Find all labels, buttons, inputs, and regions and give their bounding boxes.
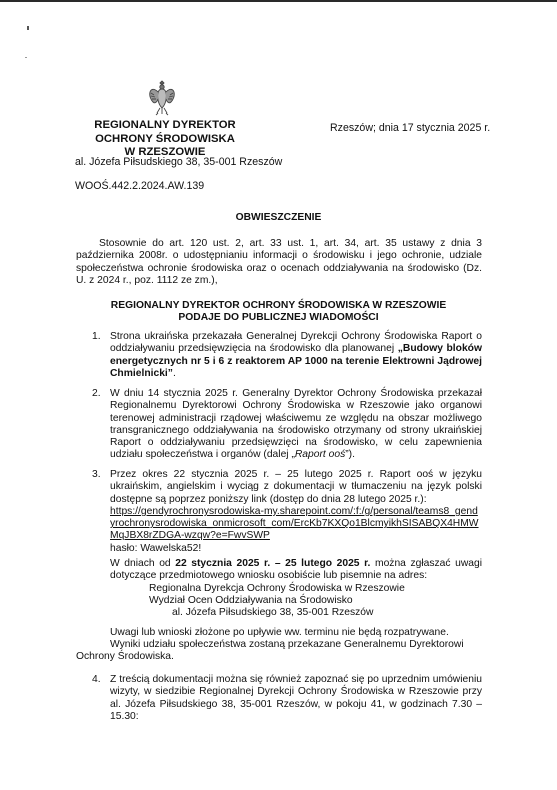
comment-period: 22 stycznia 2025 r. – 25 lutego 2025 r. (175, 558, 370, 569)
authority-address: al. Józefa Piłsudskiego 38, 35-001 Rzesz… (75, 156, 282, 168)
scan-mark (27, 26, 29, 30)
list-item: 1. Strona ukraińska przekazała Generalne… (92, 331, 482, 380)
top-border (0, 0, 557, 2)
intro-paragraph: Stosownie do art. 120 ust. 2, art. 33 us… (76, 238, 482, 287)
item-text: W dniu 14 stycznia 2025 r. Generalny Dyr… (110, 388, 482, 462)
late-notice: Uwagi lub wnioski złożone po upływie ww.… (110, 627, 449, 639)
results-notice: Wyniki udziału społeczeństwa zostaną prz… (76, 639, 482, 664)
mailing-address-line: Regionalna Dyrekcja Ochrony Środowiska w… (149, 583, 405, 595)
item-number: 3. (92, 469, 108, 481)
list-item: 2. W dniu 14 stycznia 2025 r. Generalny … (92, 388, 482, 462)
reference-number: WOOŚ.442.2.2024.AW.139 (75, 180, 204, 192)
mailing-address-line: Wydział Ocen Oddziaływania na Środowisko (149, 595, 353, 607)
item-number: 2. (92, 388, 108, 400)
item-text: Strona ukraińska przekazała Generalnej D… (110, 331, 482, 380)
item-number: 1. (92, 331, 108, 343)
document-date: Rzeszów; dnia 17 stycznia 2025 r. (330, 122, 490, 134)
subheading-line: REGIONALNY DYREKTOR OCHRONY ŚRODOWISKA W… (0, 300, 557, 312)
item-text: Przez okres 22 stycznia 2025 r. – 25 lut… (110, 469, 482, 555)
mailing-address-line: al. Józefa Piłsudskiego 38, 35-001 Rzesz… (172, 607, 373, 619)
document-title: OBWIESZCZENIE (0, 212, 557, 223)
item-number: 4. (92, 674, 108, 686)
list-item: 3. Przez okres 22 stycznia 2025 r. – 25 … (92, 469, 482, 555)
subheading-line: PODAJE DO PUBLICZNEJ WIADOMOŚCI (0, 312, 557, 324)
polish-eagle-emblem-icon (148, 80, 176, 118)
comments-paragraph: W dniach od 22 stycznia 2025 r. – 25 lut… (110, 558, 482, 583)
sharepoint-link[interactable]: https://gendyrochronysrodowiska-my.share… (110, 506, 482, 543)
authority-line: REGIONALNY DYREKTOR (70, 119, 260, 133)
scan-mark (25, 57, 27, 58)
password-text: hasło: Wawelska52! (110, 543, 482, 555)
report-name: Raport ooś (295, 449, 345, 460)
item-text: Z treścią dokumentacji można się również… (110, 674, 482, 723)
authority-header: REGIONALNY DYREKTOR OCHRONY ŚRODOWISKA W… (70, 119, 260, 160)
authority-line: OCHRONY ŚRODOWISKA (70, 133, 260, 147)
announcement-subheading: REGIONALNY DYREKTOR OCHRONY ŚRODOWISKA W… (0, 300, 557, 325)
list-item: 4. Z treścią dokumentacji można się równ… (92, 674, 482, 723)
